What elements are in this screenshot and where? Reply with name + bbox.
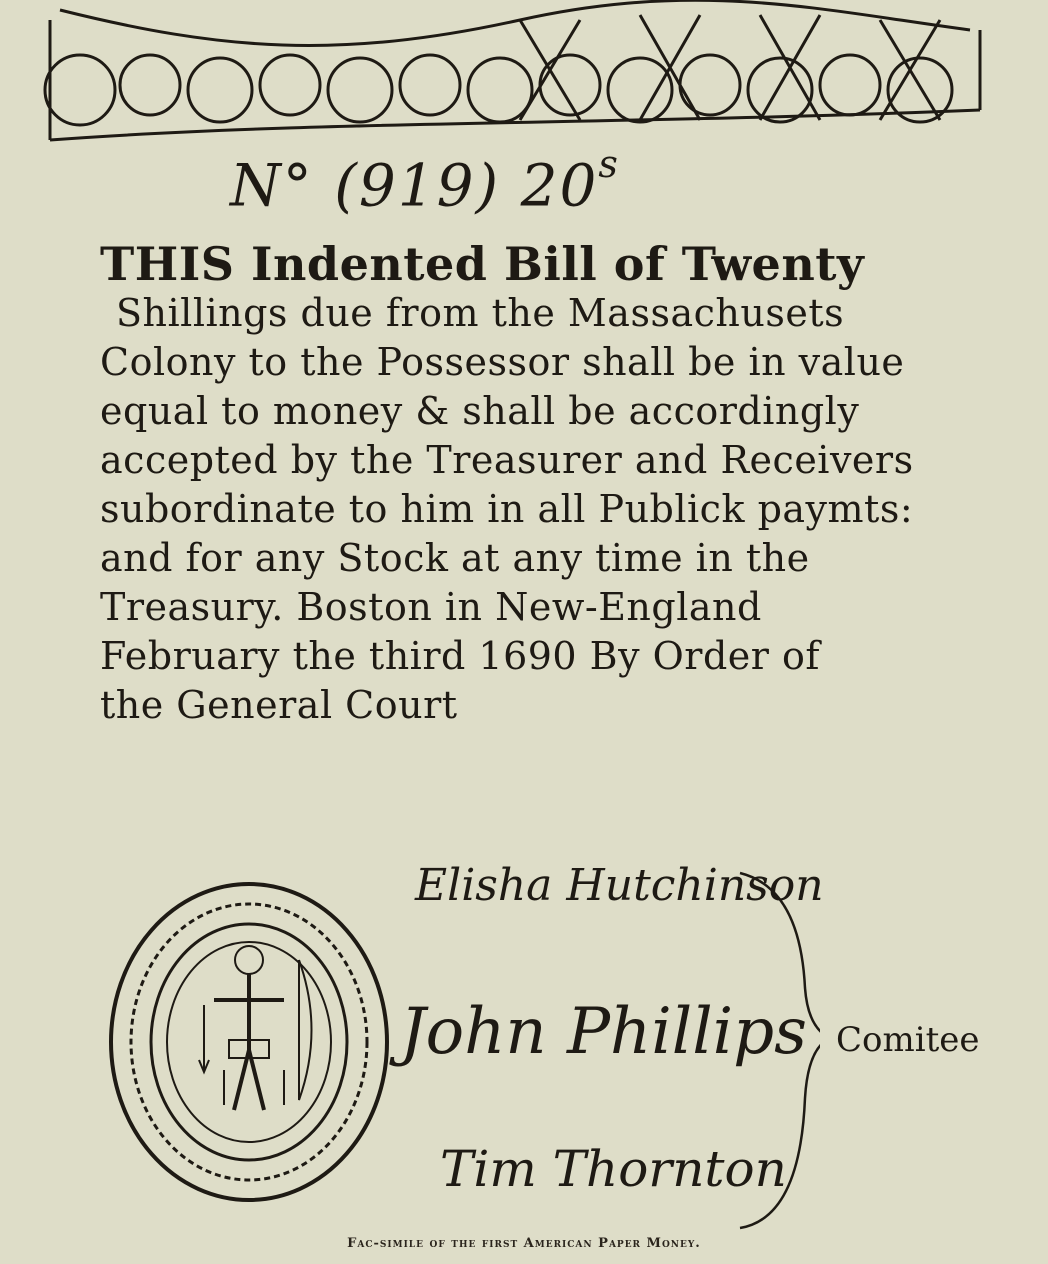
committee-label: Comitee xyxy=(836,1020,980,1060)
body-line: Shillings due from the Massachusets xyxy=(100,289,1000,338)
body-line: subordinate to him in all Publick paymts… xyxy=(100,485,1000,534)
denomination: 20 xyxy=(521,151,599,219)
body-line: February the third 1690 By Order of xyxy=(100,632,1000,681)
body-line: Treasury. Boston in New-England xyxy=(100,583,1000,632)
body-line: the General Court xyxy=(100,681,1000,730)
bill-body-text: THIS Indented Bill of Twenty Shillings d… xyxy=(100,240,1000,730)
committee-brace xyxy=(720,868,820,1238)
colony-seal-icon xyxy=(104,880,394,1205)
serial-value: (919) xyxy=(334,151,500,219)
decorative-border-ornament xyxy=(20,0,990,150)
denomination-unit: s xyxy=(598,142,620,186)
serial-number: N° (919) 20s xyxy=(230,150,620,219)
body-line: equal to money & shall be accordingly xyxy=(100,387,1000,436)
body-line: accepted by the Treasurer and Receivers xyxy=(100,436,1000,485)
body-line: THIS Indented Bill of Twenty xyxy=(100,240,1000,289)
body-line: Colony to the Possessor shall be in valu… xyxy=(100,338,1000,387)
figure-caption: Fac-simile of the first American Paper M… xyxy=(0,1236,1048,1251)
serial-prefix: N° xyxy=(230,151,314,219)
body-line: and for any Stock at any time in the xyxy=(100,534,1000,583)
